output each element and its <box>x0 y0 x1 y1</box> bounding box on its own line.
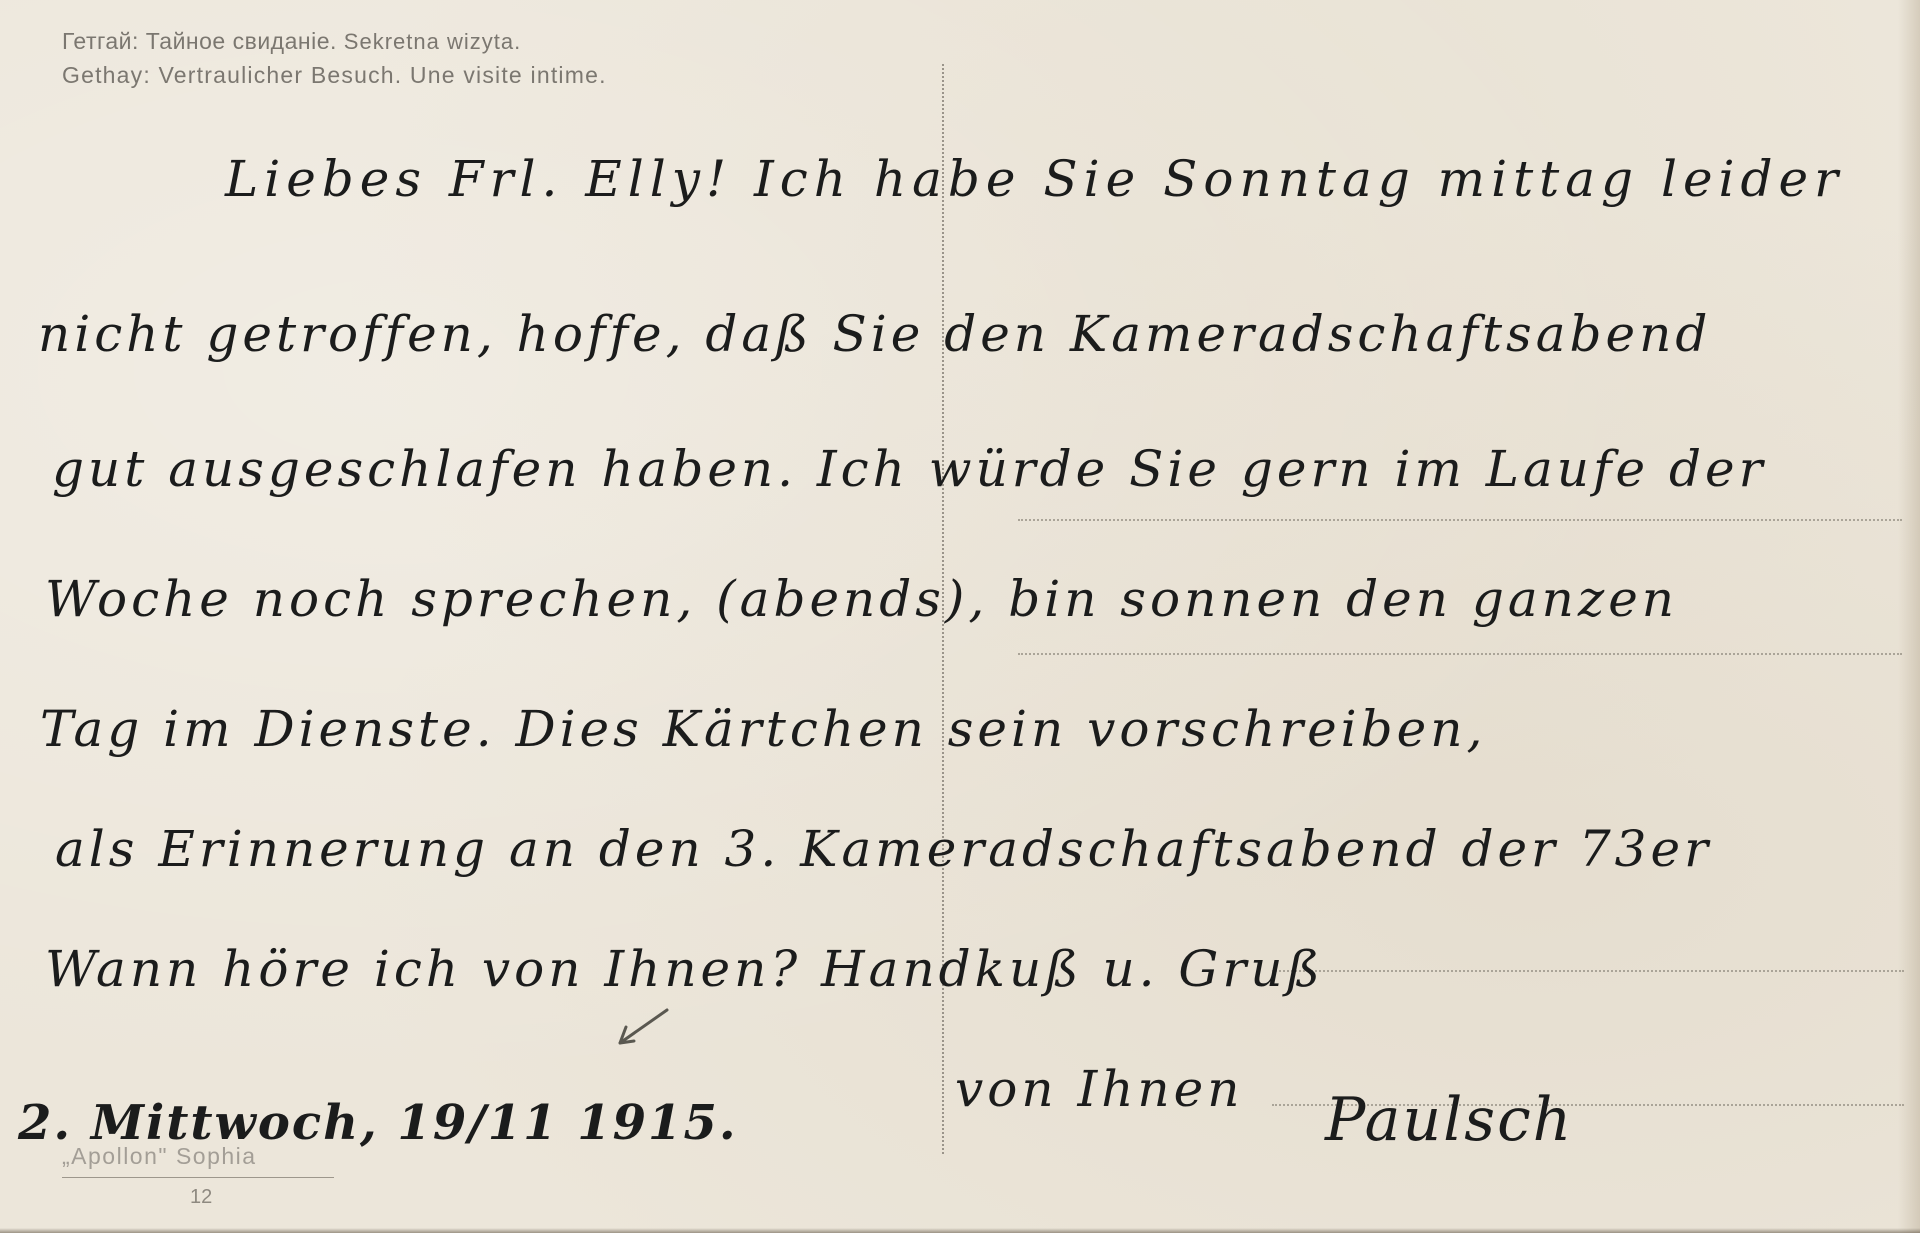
handwritten-date: 2. Mittwoch, 19/11 1915. <box>18 1095 738 1151</box>
handwritten-line-2: nicht getroffen, hoffe, daß Sie den Kame… <box>38 305 1711 363</box>
handwritten-line-6: als Erinnerung an den 3. Kameradschaftsa… <box>55 820 1712 878</box>
handwritten-line-3: gut ausgeschlafen haben. Ich würde Sie g… <box>52 440 1766 498</box>
caption-title-line-1: Гетгай: Тайное свиданіе. Sekretna wizyta… <box>62 28 521 55</box>
postcard-back: Гетгай: Тайное свиданіе. Sekretna wizyta… <box>0 0 1920 1233</box>
handwritten-line-4: Woche noch sprechen, (abends), bin sonne… <box>45 570 1678 628</box>
caption-polish: Sekretna wizyta. <box>344 29 521 54</box>
handwritten-line-5: Tag im Dienste. Dies Kärtchen sein vorsc… <box>40 700 1486 758</box>
caption-title-line-2: Gethay: Vertraulicher Besuch. Une visite… <box>62 62 607 89</box>
handwritten-line-7: Wann höre ich von Ihnen? Handkuß u. Gruß <box>45 940 1324 998</box>
publisher-underline <box>62 1177 334 1178</box>
handwritten-line-1: Liebes Frl. Elly! Ich habe Sie Sonntag m… <box>225 150 1844 208</box>
caption-cyrillic: Гетгай: Тайное свиданіе. <box>62 28 337 54</box>
address-line-2 <box>1018 653 1902 655</box>
address-line-1 <box>1018 519 1902 521</box>
handwritten-signature: Paulsch <box>1325 1085 1573 1155</box>
address-line-3 <box>1272 970 1904 972</box>
card-edge-bottom <box>0 1228 1920 1233</box>
pencil-arrow-icon <box>612 1005 672 1050</box>
card-edge-right <box>1898 0 1920 1233</box>
card-number: 12 <box>190 1186 212 1209</box>
handwritten-closing: von Ihnen <box>955 1060 1243 1118</box>
